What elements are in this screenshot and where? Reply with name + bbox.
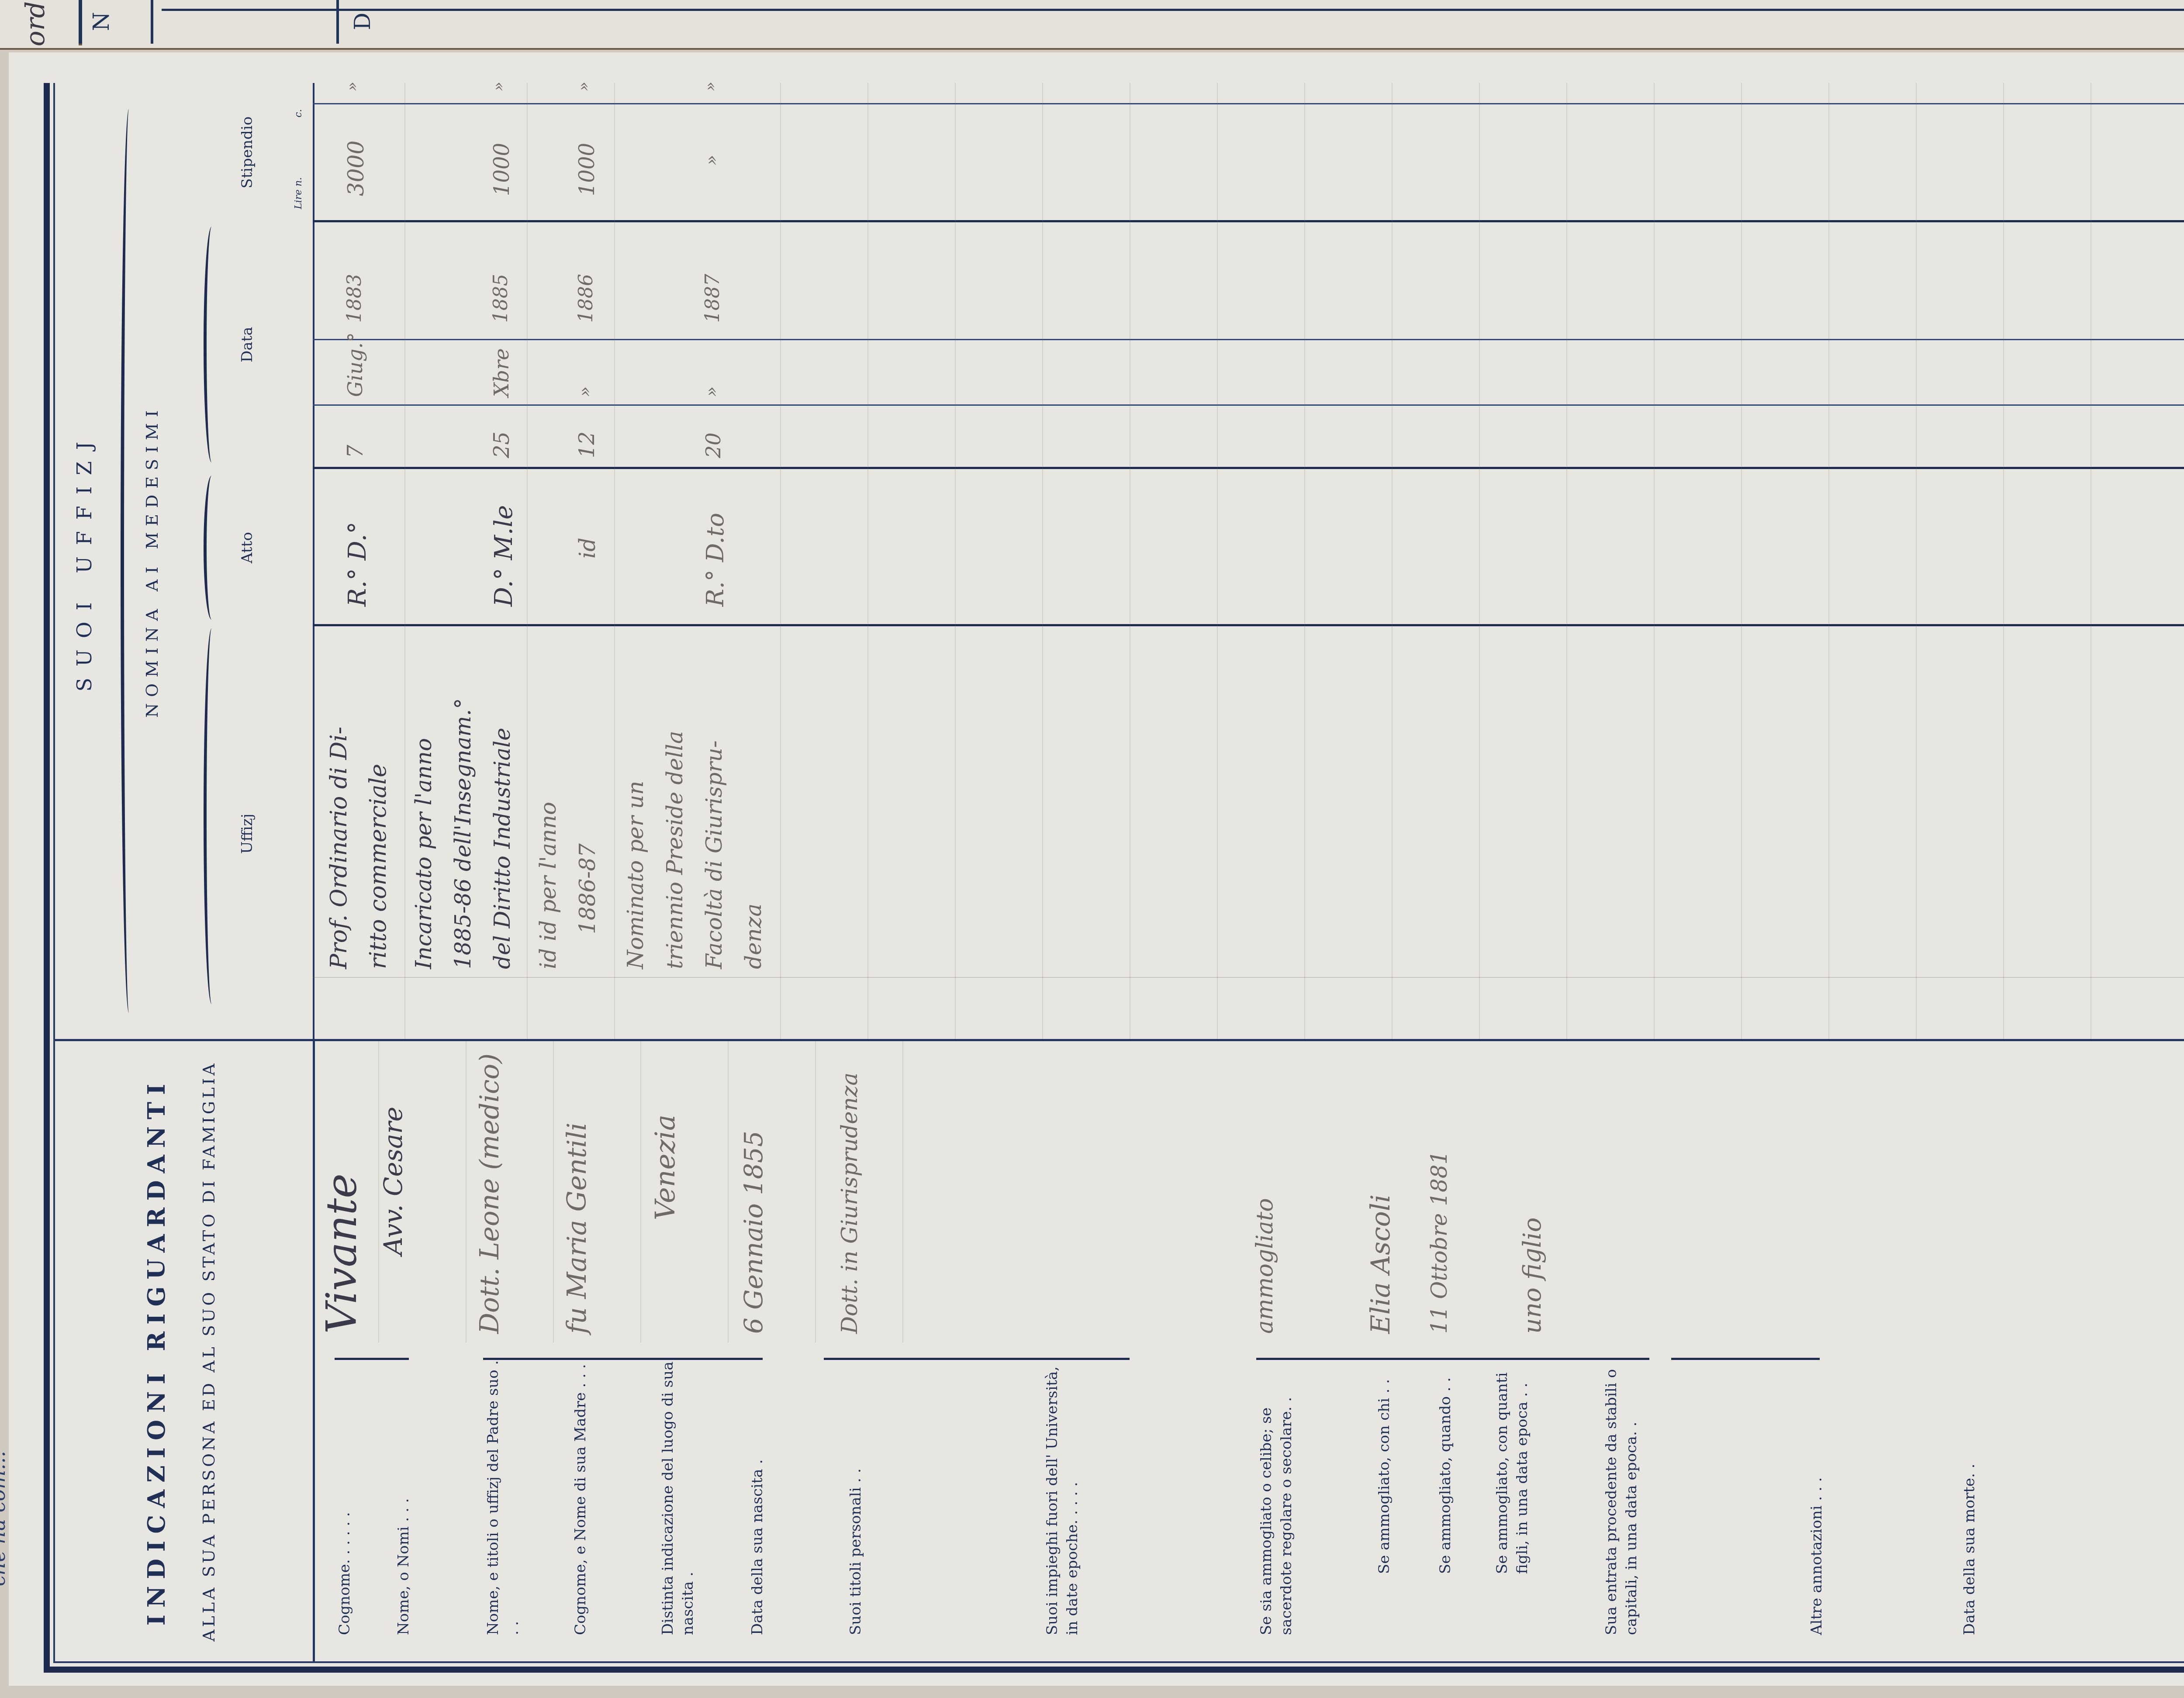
entry-data-day: 7 [343, 445, 368, 458]
entry-uffizio-line: Nominato per un [623, 781, 648, 969]
ruled-line [955, 83, 956, 1039]
entry-uffizio-line: Prof. Ordinario di Di- [326, 727, 352, 969]
header-rule [313, 83, 314, 1039]
column-header-atto: Atto [238, 471, 256, 624]
ruled-line [1217, 83, 1218, 1039]
ruled-line [553, 1041, 554, 1343]
value-nome: Avv. Cesare [378, 1107, 408, 1255]
column-header-uffizj: Uffizj [238, 628, 256, 1039]
ruled-line [780, 83, 781, 1039]
previous-page-rule [162, 9, 2184, 11]
ruled-line [404, 83, 405, 1039]
personal-details-section: INDICAZIONI RIGUARDANTI ALLA SUA PERSONA… [55, 1041, 2184, 1661]
header-brace [204, 628, 220, 1004]
label-padre: Nome, e titoli o uffizj del Padre suo . … [483, 1356, 523, 1635]
label-entrata: Sua entrata procedente da stabili o capi… [1601, 1356, 1641, 1635]
entry-stipendio-cent: » [343, 82, 361, 91]
ruled-line [614, 83, 615, 1039]
entry-uffizio-line: Facoltà di Giurispru- [702, 740, 727, 969]
entry-data-month: Xbre [490, 349, 513, 397]
ruled-line [2003, 83, 2004, 1039]
column-header-data: Data [238, 222, 256, 467]
entry-uffizio-line: 1886-87 [575, 843, 600, 934]
entry-stipendio-lire: 3000 [343, 141, 369, 196]
label-annotazioni: Altre annotazioni . . . [1807, 1356, 1827, 1635]
entry-data-day: 20 [702, 432, 725, 458]
entry-data-month: Giug.° [343, 332, 367, 397]
section-subtitle: ALLA SUA PERSONA ED AL SUO STATO DI FAMI… [199, 1041, 218, 1661]
label-quando: Se ammogliato, quando . . [1435, 1356, 1455, 1574]
entry-stipendio-cent: » [575, 82, 593, 91]
entry-stipendio-lire: 1000 [490, 143, 514, 196]
ruled-line [728, 1041, 729, 1343]
entry-uffizio-line: 1885-86 dell'Insegnam.° [450, 698, 476, 969]
previous-page-rule [336, 0, 339, 44]
column-header-stipendio: Stipendio [238, 87, 256, 218]
stipendio-sub-cent: c. [293, 109, 304, 117]
offices-subtitle: NOMINA AI MEDESIMI [142, 83, 162, 1039]
previous-page-handwriting: ord. [20, 0, 51, 46]
entry-uffizio-line: ritto commerciale [365, 764, 391, 969]
entry-stipendio-lire: 1000 [575, 143, 599, 196]
label-titoli: Suoi titoli personali . . [846, 1356, 866, 1635]
register-form: INDICAZIONI RIGUARDANTI ALLA SUA PERSONA… [44, 83, 2184, 1673]
entry-atto: id [575, 538, 600, 559]
label-stato-civile: Se sia ammogliato o celibe; se sacerdote… [1256, 1356, 1296, 1635]
ruled-line [867, 83, 868, 1039]
label-data-nascita: Data della sua nascita . [747, 1356, 767, 1635]
label-nome: Nome, o Nomi . . . [394, 1356, 414, 1635]
ruled-line [815, 1041, 816, 1343]
label-data-morte: Data della sua morte. . [1959, 1356, 1980, 1635]
offices-title: SUOI UFFIZJ [73, 83, 96, 1039]
offices-header: SUOI UFFIZJ NOMINA AI MEDESIMI Uffizj At… [55, 83, 313, 1039]
entry-data-day: 12 [575, 431, 599, 458]
ruled-line [2091, 83, 2091, 1039]
brace-connector [335, 1358, 409, 1360]
value-data-nascita: 6 Gennaio 1855 [739, 1131, 768, 1334]
brace-connector [824, 1358, 1130, 1360]
entry-uffizio-line: triennio Preside della [662, 731, 688, 969]
field-labels: Cognome. . . . . . Nome, o Nomi . . . No… [317, 1356, 2184, 1661]
previous-page-rule [151, 0, 153, 44]
entry-data-year: 1886 [575, 274, 597, 323]
header-brace [204, 227, 220, 462]
ruled-line [1479, 83, 1480, 1039]
entry-uffizio-line: id id per l'anno [536, 802, 561, 969]
value-quando: 11 Ottobre 1881 [1427, 1151, 1452, 1334]
value-figli: uno figlio [1518, 1218, 1547, 1334]
ruled-line [1042, 83, 1043, 1039]
entry-stipendio-cent: » [490, 82, 508, 91]
office-entries: Prof. Ordinario di Di- ritto commerciale… [317, 83, 2184, 1039]
value-padre: Dott. Leone (medico) [474, 1053, 505, 1334]
value-madre: fu Maria Gentili [562, 1122, 592, 1334]
offices-section: SUOI UFFIZJ NOMINA AI MEDESIMI Uffizj At… [55, 83, 2184, 1041]
entry-uffizio-line: denza [741, 904, 766, 969]
header-brace [121, 109, 137, 1013]
entry-data-year: 1887 [702, 274, 724, 323]
previous-page-margin-text: che ha com... [0, 1451, 10, 1586]
section-title: INDICAZIONI RIGUARDANTI [142, 1041, 170, 1661]
ruled-line [1741, 83, 1742, 1039]
ruled-line [1654, 83, 1655, 1039]
previous-page-rule [79, 0, 82, 45]
ruled-line [1916, 83, 1917, 1039]
entry-data-day: 25 [490, 431, 514, 458]
label-luogo-nascita: Distinta indicazione del luogo di sua na… [658, 1356, 698, 1635]
ruled-line [1828, 83, 1829, 1039]
entry-data-month: » [575, 387, 595, 397]
value-titoli: Dott. in Giurisprudenza [837, 1073, 862, 1334]
label-madre: Cognome, e Nome di sua Madre . . . [570, 1356, 591, 1635]
label-impieghi: Suoi impieghi fuori dell' Università, in… [1042, 1356, 1082, 1635]
ruled-line [466, 1041, 467, 1343]
entry-uffizio-line: Incaricato per l'anno [411, 738, 436, 969]
ruled-line [1130, 83, 1130, 1039]
label-figli: Se ammogliato, con quanti figli, in una … [1492, 1356, 1532, 1574]
label-con-chi: Se ammogliato, con chi . . [1374, 1356, 1394, 1574]
brace-connector [483, 1358, 763, 1360]
entry-uffizio-line: del Diritto Industriale [490, 728, 515, 969]
ruled-line [902, 1041, 903, 1343]
value-con-chi: Elia Ascoli [1365, 1194, 1396, 1334]
value-stato-civile: ammogliato [1252, 1198, 1278, 1334]
ruled-line [640, 1041, 641, 1343]
stipendio-sub-lire: Lire n. [293, 177, 304, 209]
label-cognome: Cognome. . . . . . [335, 1356, 355, 1635]
previous-page-letter: D [350, 13, 375, 30]
entry-atto: R.° D.° [343, 522, 372, 607]
previous-page-edge: ord. N D [0, 0, 2184, 50]
entry-data-year: 1885 [490, 274, 512, 323]
personal-details-header: INDICAZIONI RIGUARDANTI ALLA SUA PERSONA… [55, 1041, 315, 1661]
value-luogo-nascita: Venezia [649, 1115, 681, 1220]
entry-data-year: 1883 [343, 274, 366, 323]
entry-atto: R.° D.to [702, 513, 729, 607]
brace-connector [1671, 1358, 1820, 1360]
ruled-line [1304, 83, 1305, 1039]
field-values: Vivante Avv. Cesare Dott. Leone (medico)… [317, 1041, 2184, 1343]
brace-connector [1256, 1358, 1649, 1360]
entry-stipendio-lire: » [702, 155, 722, 166]
entry-data-month: » [702, 387, 722, 397]
ruled-line [1566, 83, 1567, 1039]
entry-atto: D.° M.le [490, 505, 518, 607]
value-cognome: Vivante [317, 1173, 366, 1334]
ruled-line [527, 83, 528, 1039]
ruled-line [1392, 83, 1393, 1039]
header-brace [204, 476, 220, 620]
entry-stipendio-cent: » [702, 82, 719, 91]
previous-page-letter: N [89, 12, 114, 31]
register-page: INDICAZIONI RIGUARDANTI ALLA SUA PERSONA… [9, 52, 2184, 1686]
